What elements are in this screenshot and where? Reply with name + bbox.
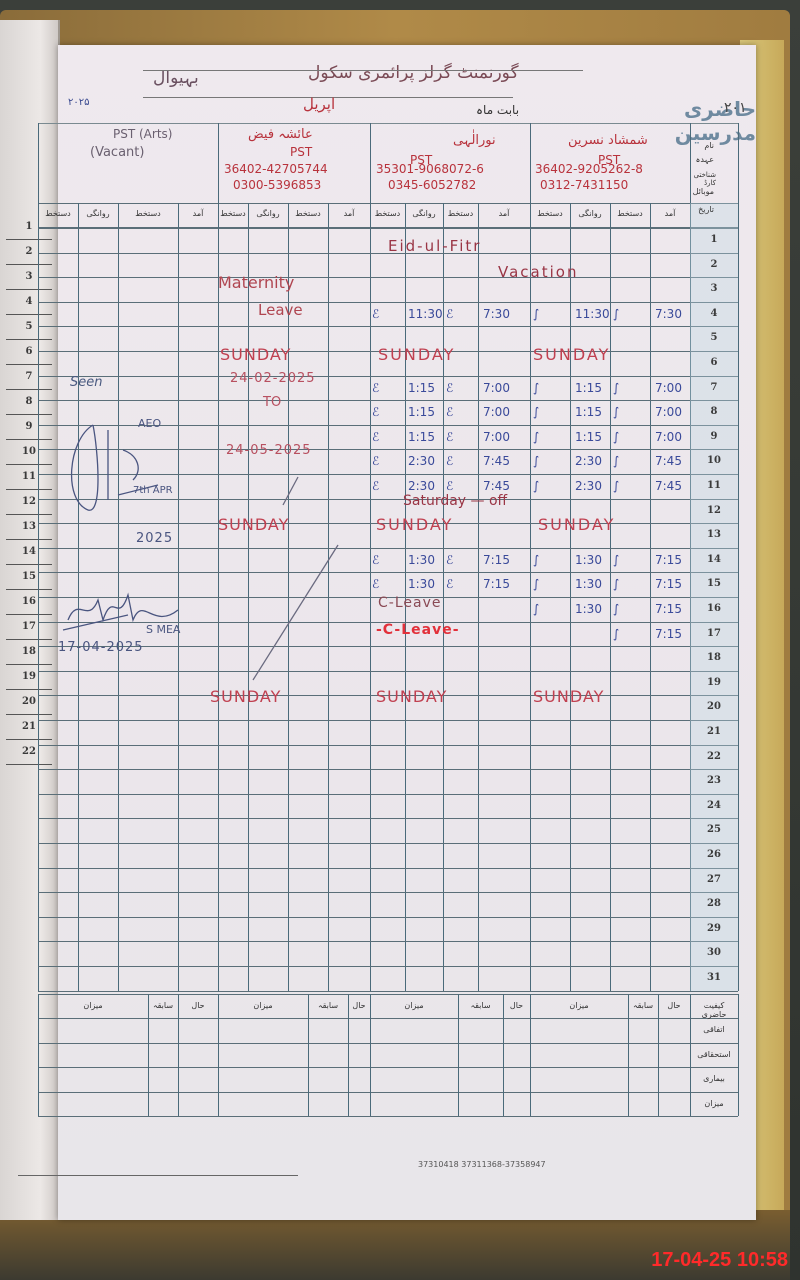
entry-sunday-13b: SUNDAY	[376, 515, 453, 534]
prev-page-day-number: 11	[6, 465, 52, 490]
row-label-designation: عہدہ	[684, 155, 714, 164]
grid-line	[38, 720, 738, 721]
grid-line	[530, 994, 531, 1117]
time-value: 1:15	[408, 430, 435, 444]
day-number: 3	[692, 283, 736, 294]
footer-line	[18, 1175, 298, 1176]
signature-mark: ∫	[533, 454, 539, 468]
day-number: 15	[692, 578, 736, 589]
summary-row-label: استحقاقی	[692, 1050, 736, 1059]
signature-mark: ℰ	[446, 430, 453, 444]
signature-mark: ℰ	[372, 381, 379, 395]
note-year: 2025	[136, 531, 173, 546]
signature-mark: ℰ	[446, 553, 453, 567]
row-label-date: تاریخ	[684, 205, 714, 214]
subcolumn-header: دستخط	[610, 209, 650, 218]
row-label-mobile: موبائل	[684, 187, 714, 196]
grid-line	[38, 941, 738, 942]
signature-mark: ℰ	[446, 307, 453, 321]
grid-line	[38, 966, 738, 967]
signature-mark: ∫	[533, 553, 539, 567]
subcolumn-header: روانگی	[570, 209, 610, 218]
grid-line	[38, 1116, 738, 1117]
signature-mark: ℰ	[446, 479, 453, 493]
day-number: 2	[692, 259, 736, 270]
signature-mark: ∫	[533, 307, 539, 321]
maternity-end: 24-05-2025	[226, 443, 312, 458]
summary-column-header: حال	[658, 1001, 690, 1010]
teacher-4-name: شمشاد نسرین	[568, 133, 648, 148]
grid-line	[738, 994, 739, 1117]
month-value: اپریل	[303, 95, 335, 113]
grid-line	[38, 572, 738, 573]
day-number: 31	[692, 972, 736, 983]
signature-mark: ℰ	[372, 577, 379, 591]
teacher-2-designation: PST	[290, 145, 312, 159]
grid-line	[370, 994, 371, 1117]
entry-maternity: Maternity	[218, 273, 294, 292]
time-value: 1:30	[575, 553, 602, 567]
grid-line	[38, 228, 738, 229]
signature-mark: ∫	[533, 381, 539, 395]
grid-line	[38, 818, 738, 819]
subcolumn-header: روانگی	[78, 209, 118, 218]
prev-page-day-number: 16	[6, 590, 52, 615]
teacher-2-name: عائشہ فیض	[248, 127, 313, 142]
time-value: 11:30	[575, 307, 610, 321]
time-value: 7:15	[483, 553, 510, 567]
school-name: گورنمنٹ گرلز پرائمری سکول	[308, 63, 519, 83]
day-number: 17	[692, 628, 736, 639]
time-value: 7:15	[655, 553, 682, 567]
time-value: 7:00	[483, 405, 510, 419]
time-value: 1:30	[408, 577, 435, 591]
prev-page-day-number: 18	[6, 640, 52, 665]
subcolumn-header: آمد	[478, 209, 530, 218]
grid-line	[38, 548, 738, 549]
strike-line	[238, 465, 348, 685]
summary-column-header: میزان	[370, 1001, 458, 1010]
entry-sunday-13c: SUNDAY	[538, 515, 615, 534]
grid-line	[628, 994, 629, 1117]
grid-line	[148, 994, 149, 1117]
prev-page-day-number: 17	[6, 615, 52, 640]
signature-mark: ∫	[613, 381, 619, 395]
signature-mark: ∫	[613, 602, 619, 616]
time-value: 7:45	[655, 454, 682, 468]
signature-mark: ∫	[613, 405, 619, 419]
grid-line	[38, 1043, 738, 1044]
teacher-3-cnic: 35301-9068072-6	[376, 162, 484, 176]
prev-page-day-number: 21	[6, 715, 52, 740]
signature-mark: ∫	[533, 430, 539, 444]
entry-sunday-20b: SUNDAY	[376, 687, 447, 706]
grid-line	[38, 745, 738, 746]
time-value: 7:00	[655, 405, 682, 419]
day-number: 25	[692, 824, 736, 835]
day-number: 12	[692, 505, 736, 516]
day-number: 20	[692, 701, 736, 712]
prev-page-day-number: 15	[6, 565, 52, 590]
day-number: 9	[692, 431, 736, 442]
grid-line	[218, 994, 219, 1117]
summary-column-header: سابقہ	[458, 1001, 503, 1010]
subcolumn-header: روانگی	[248, 209, 288, 218]
grid-line	[38, 326, 738, 327]
summary-column-header: حال	[178, 1001, 218, 1010]
teacher-3-mobile: 0345-6052782	[388, 178, 476, 192]
grid-line	[38, 123, 738, 124]
signature-mark: ℰ	[446, 381, 453, 395]
summary-row-label: میزان	[692, 1099, 736, 1108]
entry-sunday-20c: SUNDAY	[533, 687, 604, 706]
entry-sunday-6c: SUNDAY	[533, 345, 610, 364]
signature-mark: ∫	[613, 553, 619, 567]
time-value: 11:30	[408, 307, 443, 321]
time-value: 2:30	[575, 479, 602, 493]
grid-line	[38, 991, 738, 992]
subcolumn-header: دستخط	[118, 209, 178, 218]
attendance-page: حاضری مدرسین ۲۰۱ گورنمنٹ گرلز پرائمری سک…	[58, 45, 756, 1220]
summary-column-header: حال	[503, 1001, 530, 1010]
signature-mark: ∫	[533, 577, 539, 591]
day-number: 4	[692, 308, 736, 319]
prev-page-day-number: 5	[6, 315, 52, 340]
grid-line	[38, 203, 738, 204]
time-value: 1:15	[575, 405, 602, 419]
time-value: 7:30	[483, 307, 510, 321]
signature-mark: ℰ	[372, 479, 379, 493]
grid-line	[38, 994, 738, 995]
day-number: 5	[692, 332, 736, 343]
subcolumn-header: دستخط	[443, 209, 478, 218]
signature-mark: ℰ	[446, 577, 453, 591]
time-value: 7:00	[655, 430, 682, 444]
time-value: 7:15	[655, 602, 682, 616]
day-number: 23	[692, 775, 736, 786]
teacher-1-status: (Vacant)	[90, 145, 144, 160]
signature-mark: ∫	[613, 577, 619, 591]
grid-line	[38, 1092, 738, 1093]
day-number: 16	[692, 603, 736, 614]
prev-page-day-number: 13	[6, 515, 52, 540]
note-inspection-date: 17-04-2025	[58, 640, 144, 655]
prev-page-day-number: 6	[6, 340, 52, 365]
signature-mark: ℰ	[372, 307, 379, 321]
time-value: 2:30	[575, 454, 602, 468]
prev-page-day-number: 20	[6, 690, 52, 715]
month-label: بابت ماہ	[476, 103, 519, 117]
subcolumn-header: دستخط	[38, 209, 78, 218]
grid-line	[348, 994, 349, 1117]
grid-line	[690, 994, 691, 1117]
time-value: 2:30	[408, 479, 435, 493]
day-number: 11	[692, 480, 736, 491]
time-value: 7:45	[483, 479, 510, 493]
time-value: 1:30	[408, 553, 435, 567]
time-value: 7:00	[483, 430, 510, 444]
time-value: 7:00	[483, 381, 510, 395]
signature-mark: ∫	[533, 602, 539, 616]
prev-page-day-number: 9	[6, 415, 52, 440]
entry-sunday-6b: SUNDAY	[378, 345, 455, 364]
signature-mark: ∫	[533, 405, 539, 419]
day-number: 6	[692, 357, 736, 368]
entry-eid: Eid-ul-Fitr	[388, 237, 481, 255]
day-number: 27	[692, 874, 736, 885]
grid-line	[38, 1018, 738, 1019]
entry-maternity-leave: Leave	[258, 301, 303, 319]
summary-row-label: اتفاقی	[692, 1025, 736, 1034]
prev-page-day-number: 7	[6, 365, 52, 390]
day-number: 26	[692, 849, 736, 860]
subcolumn-header: دستخط	[288, 209, 328, 218]
row-label-cnic: شناختی کارڈ	[682, 171, 716, 187]
signature-mark: ∫	[613, 307, 619, 321]
time-value: 1:15	[408, 405, 435, 419]
day-number: 29	[692, 923, 736, 934]
time-value: 7:15	[655, 577, 682, 591]
teacher-2-cnic: 36402-42705744	[224, 162, 328, 176]
entry-c-leave-red: -C-Leave-	[376, 622, 460, 638]
teacher-2-mobile: 0300-5396853	[233, 178, 321, 192]
time-value: 7:15	[655, 627, 682, 641]
prev-page-day-number: 14	[6, 540, 52, 565]
maternity-to: TO	[263, 395, 281, 410]
teacher-4-cnic: 36402-9205262-8	[535, 162, 643, 176]
grid-line	[38, 400, 738, 401]
entry-saturday-off: Saturday — off	[403, 493, 507, 509]
day-number: 13	[692, 529, 736, 540]
summary-row-label: بیماری	[692, 1074, 736, 1083]
time-value: 7:45	[655, 479, 682, 493]
signature-mark: ∫	[533, 479, 539, 493]
grid-line	[38, 769, 738, 770]
day-number: 28	[692, 898, 736, 909]
day-number: 7	[692, 382, 736, 393]
day-number: 10	[692, 455, 736, 466]
signature-mark: ℰ	[372, 553, 379, 567]
signature-mark: ℰ	[372, 454, 379, 468]
entry-sunday-20a: SUNDAY	[210, 687, 281, 706]
day-number: 14	[692, 554, 736, 565]
time-value: 7:00	[655, 381, 682, 395]
grid-line	[38, 376, 738, 377]
teacher-1-name: PST (Arts)	[113, 127, 172, 141]
summary-column-header: سابقہ	[308, 1001, 348, 1010]
subcolumn-header: دستخط	[530, 209, 570, 218]
day-number: 24	[692, 800, 736, 811]
grid-line	[38, 868, 738, 869]
grid-line	[38, 917, 738, 918]
grid-line	[738, 123, 739, 991]
grid-line	[38, 994, 39, 1117]
camera-timestamp: 17-04-25 10:58	[651, 1249, 788, 1272]
grid-line	[38, 843, 738, 844]
signature-mark: ∫	[613, 454, 619, 468]
grid-line	[38, 302, 738, 303]
grid-line	[38, 1067, 738, 1068]
summary-row-label: کیفیت حاضری	[692, 1001, 736, 1019]
time-value: 7:15	[483, 577, 510, 591]
signature-mark: ∫	[613, 479, 619, 493]
summary-column-header: سابقہ	[628, 1001, 658, 1010]
day-number: 8	[692, 406, 736, 417]
grid-line	[38, 794, 738, 795]
grid-line	[178, 994, 179, 1117]
prev-page-day-number: 10	[6, 440, 52, 465]
grid-line	[658, 994, 659, 1117]
time-value: 1:30	[575, 577, 602, 591]
signature-mark: ℰ	[372, 430, 379, 444]
subcolumn-header: دستخط	[218, 209, 248, 218]
prev-page-day-number: 8	[6, 390, 52, 415]
year-mark: ۲۰۲۵	[68, 97, 89, 108]
day-number: 30	[692, 947, 736, 958]
signature-mark: ℰ	[446, 405, 453, 419]
subcolumn-header: روانگی	[405, 209, 443, 218]
footer-print-number: 37310418 37311368-37358947	[418, 1160, 546, 1169]
signature-mark: ∫	[613, 627, 619, 641]
note-seen: Seen	[70, 375, 103, 390]
grid-line	[503, 994, 504, 1117]
signature-aeo	[63, 410, 183, 520]
grid-line	[458, 994, 459, 1117]
time-value: 1:15	[575, 430, 602, 444]
prev-page-day-number: 19	[6, 665, 52, 690]
time-value: 7:45	[483, 454, 510, 468]
prev-page-day-number: 12	[6, 490, 52, 515]
time-value: 7:30	[655, 307, 682, 321]
entry-sunday-6a: SUNDAY	[220, 345, 291, 364]
grid-line	[38, 671, 738, 672]
note-aeo: AEO	[138, 417, 161, 430]
maternity-start: 24-02-2025	[230, 371, 316, 386]
signature-mark: ℰ	[372, 405, 379, 419]
grid-line	[308, 994, 309, 1117]
time-value: 1:30	[575, 602, 602, 616]
summary-column-header: میزان	[218, 1001, 308, 1010]
summary-column-header: میزان	[530, 1001, 628, 1010]
subcolumn-header: دستخط	[370, 209, 405, 218]
teacher-4-mobile: 0312-7431150	[540, 178, 628, 192]
summary-column-header: میزان	[38, 1001, 148, 1010]
entry-vacation: Vacation	[498, 263, 578, 281]
date-column	[690, 203, 738, 991]
signature-mark: ∫	[613, 430, 619, 444]
day-number: 1	[692, 234, 736, 245]
day-number: 22	[692, 751, 736, 762]
school-underline	[143, 70, 583, 71]
teacher-3-name: نورالٰہی	[453, 133, 496, 148]
summary-column-header: سابقہ	[148, 1001, 178, 1010]
day-number: 19	[692, 677, 736, 688]
subcolumn-header: آمد	[328, 209, 370, 218]
signature-mark: ℰ	[446, 454, 453, 468]
grid-line	[38, 277, 738, 278]
time-value: 2:30	[408, 454, 435, 468]
time-value: 1:15	[575, 381, 602, 395]
time-value: 1:15	[408, 381, 435, 395]
register-number: ۲۰۱	[724, 100, 747, 116]
previous-page-edge: 12345678910111213141516171819202122	[0, 20, 60, 1220]
day-number: 18	[692, 652, 736, 663]
entry-c-leave: C-Leave	[378, 595, 441, 611]
row-label-name: نام	[684, 139, 714, 153]
note-date-apr: 7th APR	[133, 485, 173, 496]
summary-column-header: حال	[348, 1001, 370, 1010]
grid-line	[38, 892, 738, 893]
subcolumn-header: آمد	[178, 209, 218, 218]
day-number: 21	[692, 726, 736, 737]
note-mea: S MEA	[146, 623, 180, 636]
